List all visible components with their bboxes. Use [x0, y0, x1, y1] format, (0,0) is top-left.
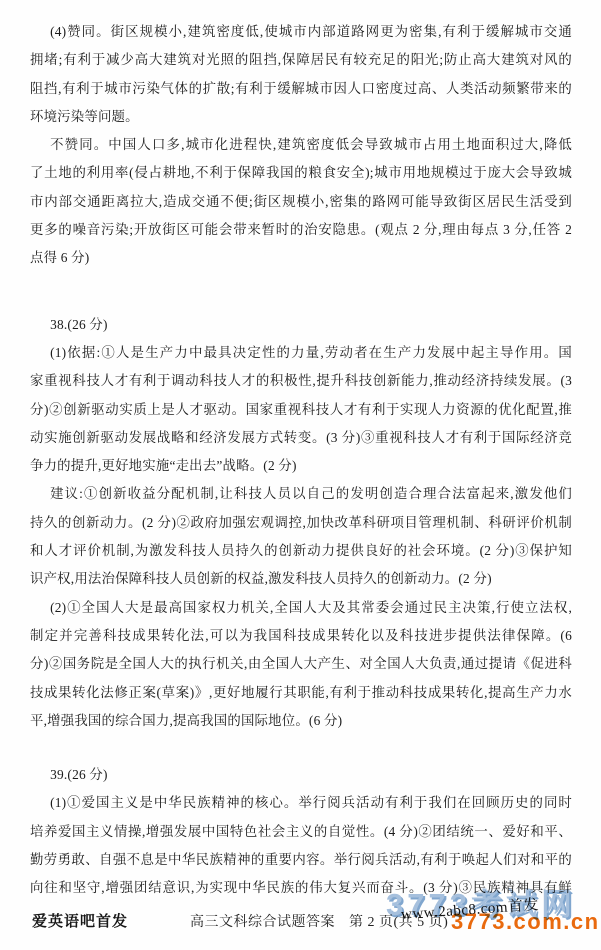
text-line: (1)依据:①人是生产力中最具决定性的力量,劳动者在生产力发展中起主导作用。国	[30, 339, 572, 367]
text-line: 更多的噪音污染;开放街区可能会带来暂时的治安隐患。(观点 2 分,理由每点 3 …	[30, 216, 572, 244]
text-line: 和人才评价机制,为激发科技人员持久的创新动力提供良好的社会环境。(2 分)③保护…	[30, 537, 572, 565]
scanned-answer-page: (4)赞同。街区规模小,建筑密度低,使城市内部道路网更为密集,有利于缓解城市交通…	[0, 0, 601, 950]
text-line: 制定并完善科技成果转化法,可以为我国科技成果转化以及科技进步提供法律保障。(6	[30, 622, 572, 650]
text-line: 争力的提升,更好地实施“走出去”战略。(2 分)	[30, 452, 572, 480]
text-line: 动实施创新驱动发展战略和经济发展方式转变。(3 分)③重视科技人才有利于国际经济…	[30, 424, 572, 452]
text-line: 持久的创新动力。(2 分)②政府加强宏观调控,加快改革科研项目管理机制、科研评价…	[30, 509, 572, 537]
text-line: 勤劳勇敢、自强不息是中华民族精神的重要内容。举行阅兵活动,有利于唤起人们对和平的	[30, 846, 572, 874]
watermark-3773-url: 3773.com.cn	[451, 909, 600, 935]
text-line: 39.(26 分)	[30, 761, 572, 789]
text-line: 家重视科技人才有利于调动科技人才的积极性,提升科技创新能力,推动经济持续发展。(…	[30, 367, 572, 395]
text-line: 市内部交通距离拉大,造成交通不便;街区规模小,密集的路网可能导致街区居民生活受到	[30, 188, 572, 216]
text-line: (2)①全国人大是最高国家权力机关,全国人大及其常委会通过民主决策,行使立法权,	[30, 594, 572, 622]
footer-document-title: 高三文科综合试题答案	[190, 915, 335, 930]
text-line: 培养爱国主义情操,增强发展中国特色社会主义的自觉性。(4 分)②团结统一、爱好和…	[30, 818, 572, 846]
text-line: 了土地的利用率(侵占耕地,不利于保障我国的粮食安全);城市用地规模过于庞大会导致…	[30, 159, 572, 187]
answer-text-block: (4)赞同。街区规模小,建筑密度低,使城市内部道路网更为密集,有利于缓解城市交通…	[30, 18, 572, 903]
page-footer: 高三文科综合试题答案第 2 页(共 5 页)	[190, 911, 448, 931]
text-line: 点得 6 分)	[30, 244, 572, 272]
text-line: 分)②创新驱动实质上是人才驱动。国家重视科技人才有利于实现人力资源的优化配置,推	[30, 396, 572, 424]
text-line: 平,增强我国的综合国力,提高我国的国际地位。(6 分)	[30, 707, 572, 735]
text-line: 38.(26 分)	[30, 311, 572, 339]
text-line: 阻挡,有利于城市污染气体的扩散;有利于缓解城市因人口密度过高、人类活动频繁带来的	[30, 75, 572, 103]
text-line: 向往和坚守,增强团结意识,为实现中华民族的伟大复兴而奋斗。(3 分)③民族精神具…	[30, 874, 572, 902]
text-line: 建议:①创新收益分配机制,让科技人员以自己的发明创造合理合法富起来,激发他们	[30, 480, 572, 508]
source-credit-label: 爱英语吧首发	[32, 910, 128, 931]
text-line: 拥堵;有利于减少高大建筑对光照的阻挡,保障居民有较充足的阳光;防止高大建筑对风的	[30, 46, 572, 74]
footer-page-number: 第 2 页(共 5 页)	[349, 915, 448, 930]
text-line: 不赞同。中国人口多,城市化进程快,建筑密度低会导致城市占用土地面积过大,降低	[30, 131, 572, 159]
text-line: 识产权,用法治保障科技人员创新的权益,激发科技人员持久的创新动力。(2 分)	[30, 565, 572, 593]
text-line: 环境污染等问题。	[30, 103, 572, 131]
text-line: 技成果转化法修正案(草案)》,更好地履行其职能,有利于推动科技成果转化,提高生产…	[30, 679, 572, 707]
text-line: (4)赞同。街区规模小,建筑密度低,使城市内部道路网更为密集,有利于缓解城市交通	[30, 18, 572, 46]
text-line: (1)①爱国主义是中华民族精神的核心。举行阅兵活动有利于我们在回顾历史的同时	[30, 789, 572, 817]
text-line: 分)②国务院是全国人大的执行机关,由全国人大产生、对全国人大负责,通过提请《促进…	[30, 650, 572, 678]
